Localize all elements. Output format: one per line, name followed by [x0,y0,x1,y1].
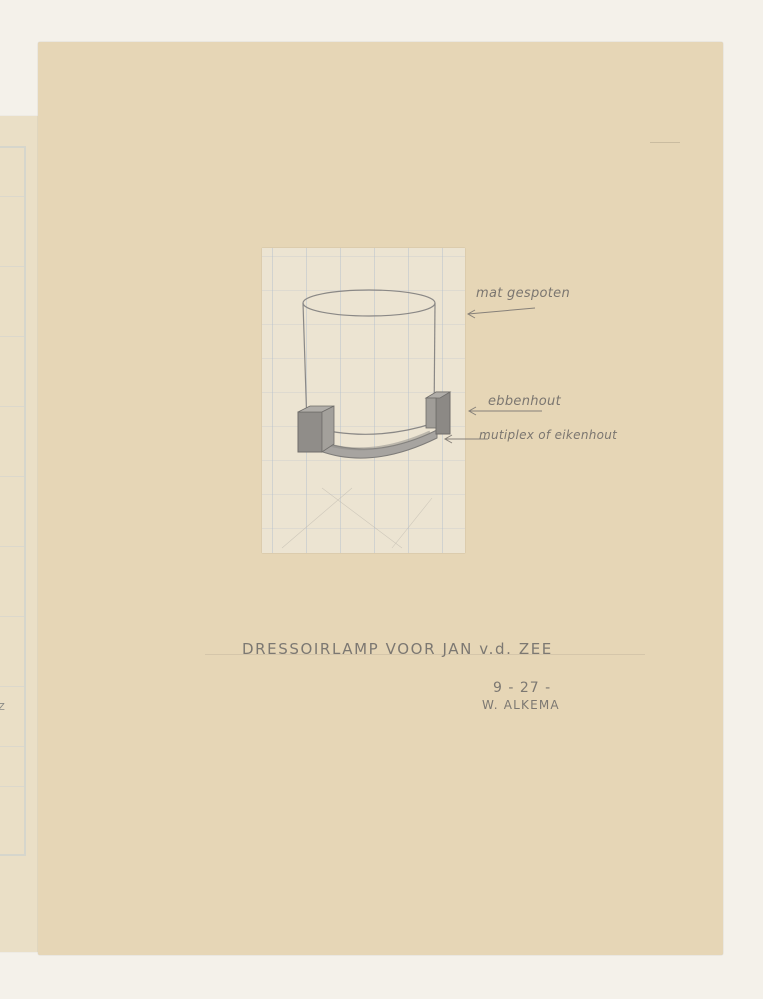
sketch-paper [262,248,465,553]
drawing-sheet: mat gespoten ebbenhout mutiplex of eiken… [38,42,723,955]
lamp-sketch-icon [262,248,465,553]
ruled-line [0,406,24,407]
annotation-mat-gespoten: mat gespoten [476,286,570,301]
annotation-ebbenhout: ebbenhout [488,394,561,409]
ruled-line [0,336,24,337]
ruled-line [0,546,24,547]
ruled-line [0,786,24,787]
ruled-line [0,476,24,477]
adjacent-sheet: Z [0,116,40,952]
drawing-title: DRESSOIRLAMP VOOR JAN v.d. ZEE [242,640,553,658]
drawing-date: 9 - 27 - [493,680,551,696]
adjacent-sheet-letter: Z [0,702,5,713]
arrow-left-icon [465,300,540,320]
ruled-line [0,196,24,197]
drawing-author: W. ALKEMA [482,698,560,712]
pencil-mark [650,142,680,143]
adjacent-sheet-frame [0,146,26,856]
ruled-line [0,616,24,617]
ruled-line [0,686,24,687]
ruled-line [0,266,24,267]
ruled-line [0,746,24,747]
annotation-mutiplex: mutiplex of eikenhout [479,428,617,442]
